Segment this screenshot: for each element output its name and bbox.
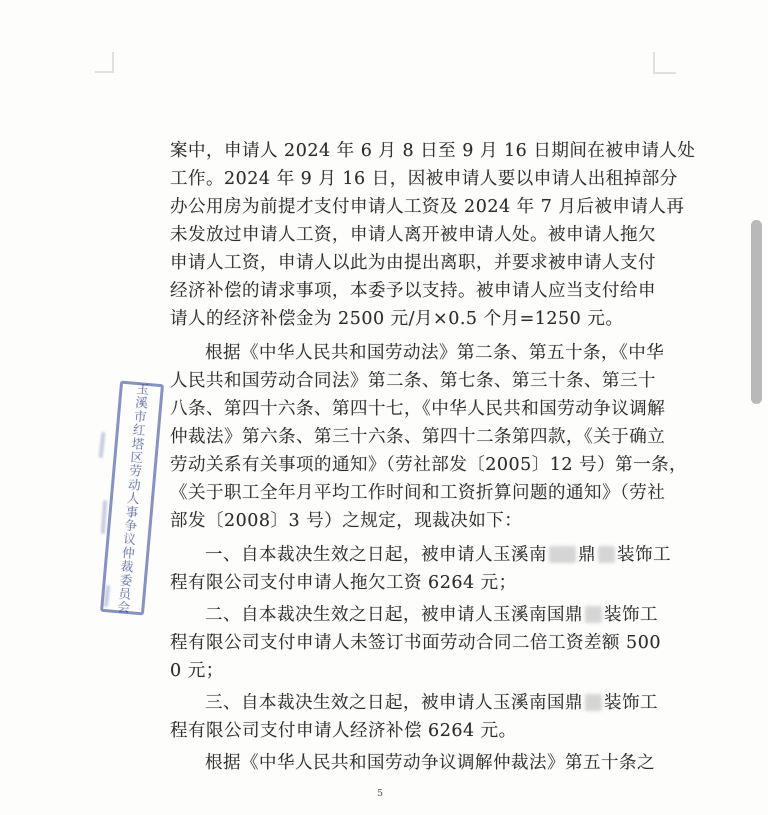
- document-line: 程有限公司支付申请人经济补偿 6264 元。: [170, 717, 630, 745]
- document-line: 未发放过申请人工资，申请人离开被申请人处。被申请人拖欠: [170, 221, 630, 249]
- arbitration-committee-seal: 玉溪市红塔区劳动人事争议仲裁委员会: [100, 381, 164, 616]
- redaction-blur: [585, 694, 602, 711]
- page-number: 5: [360, 788, 400, 799]
- redaction-blur: [549, 546, 576, 563]
- document-line: 程有限公司支付申请人拖欠工资 6264 元；: [170, 569, 630, 597]
- redaction-blur: [585, 606, 602, 623]
- document-line: 根据《中华人民共和国劳动争议调解仲裁法》第五十条之: [170, 749, 630, 777]
- document-line: 根据《中华人民共和国劳动法》第二条、第五十条，《中华: [170, 339, 630, 367]
- document-line: 工作。2024 年 9 月 16 日，因被申请人要以申请人出租掉部分: [170, 165, 630, 193]
- fold-mark-top-left: [95, 52, 114, 73]
- ruling-text: 一、自本裁决生效之日起，被申请人玉溪南: [205, 545, 547, 565]
- document-line: 八条、第四十六条、第四十七，《中华人民共和国劳动争议调解: [170, 395, 630, 423]
- seal-text: 玉溪市红塔区劳动人事争议仲裁委员会: [116, 381, 149, 614]
- seal-ink-smudge: [99, 432, 106, 458]
- document-line: 部发〔2008〕3 号）之规定，现裁决如下：: [170, 507, 630, 535]
- document-line: 人民共和国劳动合同法》第二条、第七条、第三十条、第三十: [170, 367, 630, 395]
- fold-mark-top-right: [653, 52, 676, 74]
- ruling-text: 二、自本裁决生效之日起，被申请人玉溪南国鼎: [205, 605, 583, 625]
- ruling-text: 装饰工: [604, 693, 658, 713]
- ruling-text: 装饰工: [617, 545, 671, 565]
- document-line: 劳动关系有关事项的通知》（劳社部发〔2005〕12 号）第一条，: [170, 451, 630, 479]
- document-line: 申请人工资，申请人以此为由提出离职，并要求被申请人支付: [170, 249, 630, 277]
- document-line: 0 元；: [170, 657, 630, 685]
- document-line: 经济补偿的请求事项，本委予以支持。被申请人应当支付给申: [170, 277, 630, 305]
- document-body: 案中，申请人 2024 年 6 月 8 日至 9 月 16 日期间在被申请人处 …: [170, 137, 630, 777]
- redaction-blur: [598, 546, 615, 563]
- document-line: 程有限公司支付申请人未签订书面劳动合同二倍工资差额 500: [170, 629, 630, 657]
- document-line-ruling-3: 三、自本裁决生效之日起，被申请人玉溪南国鼎装饰工: [170, 689, 630, 717]
- scrollbar-thumb[interactable]: [751, 220, 762, 404]
- document-line-ruling-2: 二、自本裁决生效之日起，被申请人玉溪南国鼎装饰工: [170, 601, 630, 629]
- document-line: 请人的经济补偿金为 2500 元/月×0.5 个月=1250 元。: [170, 305, 630, 333]
- document-line: 案中，申请人 2024 年 6 月 8 日至 9 月 16 日期间在被申请人处: [170, 137, 630, 165]
- document-line-ruling-1: 一、自本裁决生效之日起，被申请人玉溪南鼎装饰工: [170, 541, 630, 569]
- ruling-text: 装饰工: [604, 605, 658, 625]
- ruling-text: 三、自本裁决生效之日起，被申请人玉溪南国鼎: [205, 693, 583, 713]
- document-line: 办公用房为前提才支付申请人工资及 2024 年 7 月后被申请人再: [170, 193, 630, 221]
- ruling-text: 鼎: [578, 545, 596, 565]
- document-line: 《关于职工全年月平均工作时间和工资折算问题的通知》（劳社: [170, 479, 630, 507]
- scanned-document-page: 案中，申请人 2024 年 6 月 8 日至 9 月 16 日期间在被申请人处 …: [0, 0, 768, 815]
- document-line: 仲裁法》第六条、第三十六条、第四十二条第四款，《关于确立: [170, 423, 630, 451]
